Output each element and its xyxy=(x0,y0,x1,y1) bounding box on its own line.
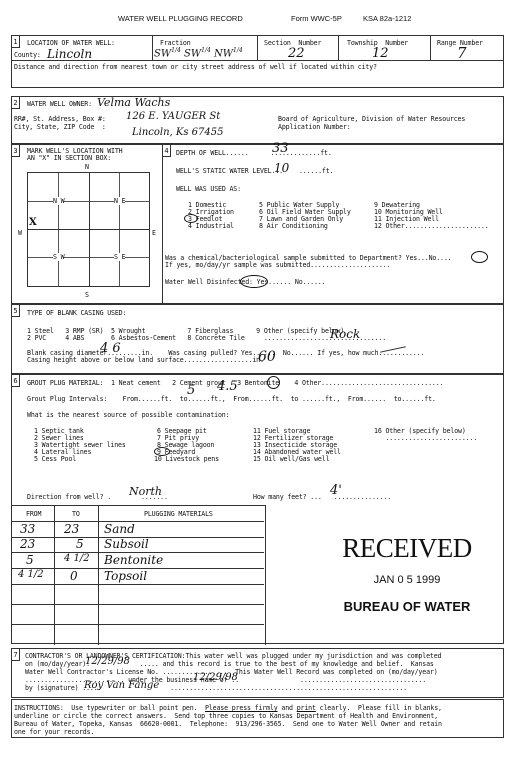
table-header-from: FROM xyxy=(26,510,41,518)
static-water-level-label: WELL'S STATIC WATER LEVEL.........ft. xyxy=(176,167,333,175)
row-3-material[interactable]: Bentonite xyxy=(104,553,163,567)
section-number: 7 xyxy=(11,648,20,661)
section-number-field[interactable]: 22 xyxy=(288,46,305,61)
completed-date-field[interactable]: 12/29/98 xyxy=(85,656,130,667)
row-1-material[interactable]: Sand xyxy=(104,522,135,536)
disinfected-yes-circle xyxy=(240,275,268,288)
depth-field[interactable]: 33 xyxy=(272,141,289,156)
row-2-from[interactable]: 23 xyxy=(20,537,35,551)
row-1-from[interactable]: 33 xyxy=(20,522,35,536)
direction-field[interactable]: North xyxy=(129,485,162,498)
row-2-to[interactable]: 5 xyxy=(76,537,84,551)
row-1-to[interactable]: 23 xyxy=(64,522,79,536)
sample-no-circle xyxy=(471,251,488,263)
sample-date-label: If yes, mo/day/yr sample was submitted..… xyxy=(165,261,390,269)
instructions-line-3: Bureau of Water, Topeka, Kansas 66620-00… xyxy=(14,720,442,728)
record-date-field[interactable]: 12/29/98 xyxy=(193,672,238,683)
row-4-material[interactable]: Topsoil xyxy=(104,569,147,583)
city-state-zip-label: City, State, ZIP Code : xyxy=(14,123,106,131)
feet-field[interactable]: 4' xyxy=(330,483,342,498)
table-header-to: TO xyxy=(72,510,80,518)
stamp-date: JAN 0 5 1999 xyxy=(322,574,492,586)
fraction-label: Fraction xyxy=(160,39,191,47)
section-1-location: 1 LOCATION OF WATER WELL: Fraction Secti… xyxy=(11,35,504,88)
township-number-field[interactable]: 12 xyxy=(372,46,389,61)
location-label: LOCATION OF WATER WELL: xyxy=(27,39,115,47)
use-option[interactable]: 12 Other...................... xyxy=(374,222,489,230)
casing-diameter-field[interactable]: 4 6 xyxy=(100,341,121,356)
source-option[interactable]: 15 Oil well/Gas well xyxy=(253,455,329,463)
section-number: 2 xyxy=(11,96,20,109)
south-label: S xyxy=(85,291,89,299)
certification-line-5: by (signature) ..... ...................… xyxy=(25,684,407,692)
static-water-level-field[interactable]: 10 xyxy=(274,161,289,175)
address-label: RR#, St. Address, Box #: xyxy=(14,115,106,123)
section-3-4: 3 MARK WELL'S LOCATION WITH AN "X" IN SE… xyxy=(11,144,504,304)
received-stamp: RECEIVED JAN 0 5 1999 BUREAU OF WATER xyxy=(322,533,492,614)
owner-label: WATER WELL OWNER: xyxy=(27,100,92,108)
section-7-certification: 7 CONTRACTOR'S OR LANDOWNER'S CERTIFICAT… xyxy=(11,648,504,698)
use-option[interactable]: 4 Industrial xyxy=(188,222,234,230)
row-4-to[interactable]: 0 xyxy=(70,569,78,583)
address-field[interactable]: 126 E. YAUGER St xyxy=(126,111,220,122)
statute: KSA 82a-1212 xyxy=(363,14,411,23)
distance-direction-label: Distance and direction from nearest town… xyxy=(14,63,377,71)
casing-other-field[interactable]: Rock xyxy=(330,327,360,341)
section-grid[interactable]: N W N E S W S E X xyxy=(27,172,150,287)
contamination-label: What is the nearest source of possible c… xyxy=(27,411,229,419)
ne-label: N E xyxy=(114,197,125,205)
section-5-casing: 5 TYPE OF BLANK CASING USED: 1 Steel 3 R… xyxy=(11,304,504,374)
instructions: INSTRUCTIONS: Use typewriter or ball poi… xyxy=(11,699,504,738)
stamp-received: RECEIVED xyxy=(322,533,492,564)
signature-field[interactable]: Roy Van Fange xyxy=(84,680,159,691)
application-number-label: Application Number: xyxy=(278,123,351,131)
mark-location-label-2: AN "X" IN SECTION BOX: xyxy=(27,154,111,162)
grout-intervals-line: Grout Plug Intervals: From......ft. to..… xyxy=(27,395,436,403)
interval-from-field[interactable]: 5 xyxy=(187,383,195,398)
source-option[interactable]: 10 Livestock pens xyxy=(154,455,219,463)
county-field[interactable]: Lincoln xyxy=(47,47,92,61)
depth-label: DEPTH OF WELL...................ft. xyxy=(176,149,332,157)
row-2-material[interactable]: Subsoil xyxy=(104,537,149,551)
form-title: WATER WELL PLUGGING RECORD xyxy=(118,14,243,23)
table-header-materials: PLUGGING MATERIALS xyxy=(144,510,213,518)
used-as-label: WELL WAS USED AS: xyxy=(176,185,241,193)
section-6-grout: 6 GROUT PLUG MATERIAL: 1 Neat cement 2 C… xyxy=(11,374,504,644)
instructions-line-1: INSTRUCTIONS: Use typewriter or ball poi… xyxy=(14,704,442,712)
section-number: 1 xyxy=(11,35,20,48)
section-number: 6 xyxy=(11,374,20,387)
row-3-from[interactable]: 5 xyxy=(26,553,34,567)
north-label: N xyxy=(85,163,89,171)
section-number: 4 xyxy=(162,144,171,157)
plugging-materials-table: FROM TO PLUGGING MATERIALS 33 23 Sand 23… xyxy=(12,505,266,645)
se-label: S E xyxy=(114,253,125,261)
row-3-to[interactable]: 4 1/2 xyxy=(64,553,90,564)
casing-height-line: Casing height above or below land surfac… xyxy=(27,356,264,364)
owner-field[interactable]: Velma Wachs xyxy=(97,96,170,109)
stamp-bureau: BUREAU OF WATER xyxy=(322,599,492,614)
nw-label: N W xyxy=(53,197,64,205)
section-number: 5 xyxy=(11,304,20,317)
casing-type-label: TYPE OF BLANK CASING USED: xyxy=(27,309,126,317)
instructions-line-2: underline or circle the correct answers.… xyxy=(14,712,438,720)
form-number: Form WWC-5P xyxy=(291,14,342,23)
well-location-mark: X xyxy=(29,217,37,228)
west-label: W xyxy=(18,229,22,237)
interval-to-field[interactable]: 4.5 xyxy=(217,379,238,394)
east-label: E xyxy=(152,229,156,237)
source-option[interactable]: 5 Cess Pool xyxy=(34,455,76,463)
casing-height-field[interactable]: 60 xyxy=(258,349,276,365)
bentonite-circle xyxy=(267,376,280,389)
use-option[interactable]: 8 Air Conditioning xyxy=(259,222,328,230)
row-4-from[interactable]: 4 1/2 xyxy=(18,569,44,580)
board-agriculture-label: Board of Agriculture, Division of Water … xyxy=(278,115,465,123)
city-state-zip-field[interactable]: Lincoln, Ks 67455 xyxy=(132,127,224,138)
fraction-field[interactable]: SW1/4 SW1/4 NW1/4 xyxy=(154,47,243,59)
source-other-field[interactable]: ........................ xyxy=(374,434,477,442)
instructions-line-4: one for your records. xyxy=(14,728,94,736)
feet-label: How many feet? .................. xyxy=(253,493,391,501)
section-number: 3 xyxy=(11,144,20,157)
county-label: County: xyxy=(14,51,41,59)
sw-label: S W xyxy=(53,253,64,261)
section-2-owner: 2 WATER WELL OWNER: Velma Wachs RR#, St.… xyxy=(11,96,504,144)
